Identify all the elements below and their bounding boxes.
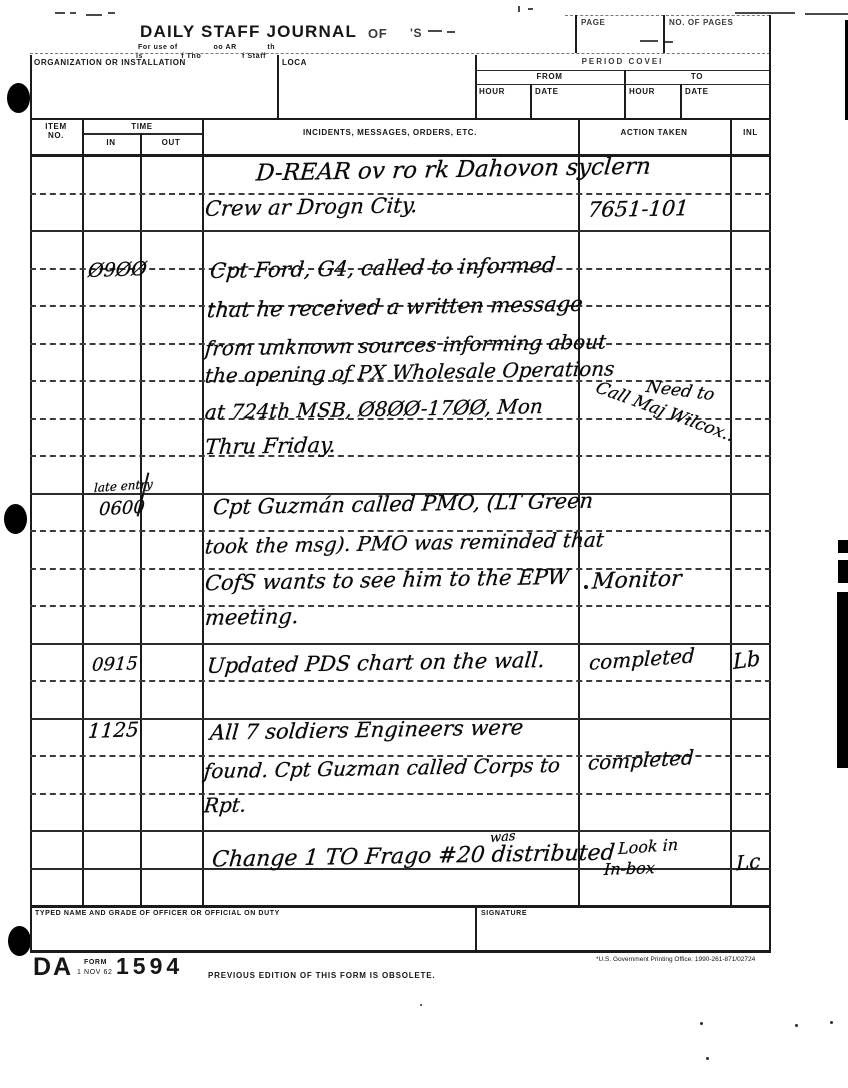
scanned-document-page: DAILY STAFF JOURNAL OF 'S For use of oo … [0,0,848,1088]
handwriting-action: Look in [618,837,679,857]
table-header-item-2: NO. [30,131,82,140]
form-word: FORM [84,959,107,966]
handwriting-line: that he received a written message [206,294,584,322]
handwriting-line: Rpt. [203,795,247,816]
form-title-remnant-of: OF [368,26,387,41]
handwriting-line: CofS wants to see him to the EPW [204,567,570,594]
signature-label: SIGNATURE [481,910,527,917]
handwriting-action: In-box [603,860,655,878]
grid-line [30,455,771,457]
handwriting-line: All 7 soldiers Engineers were [209,717,524,744]
typed-name-label: TYPED NAME AND GRADE OF OFFICER OR OFFIC… [35,910,280,917]
period-covered-label: PERIOD COVEI [475,57,770,66]
scan-mark [700,1022,703,1025]
handwriting-time: 1125 [87,719,139,741]
handwriting-line: Crew ar Drogn City. [204,195,418,220]
pages-count-label: NO. OF PAGES [669,18,733,27]
date-label-to: DATE [685,87,709,96]
scan-mark [706,1057,709,1060]
form-title: DAILY STAFF JOURNAL [140,22,357,42]
handwriting-line: took the msg). PMO was reminded that [204,530,605,557]
form-number: 1594 [116,953,183,980]
grid-line [30,680,771,682]
to-label: TO [624,72,770,81]
scan-mark [735,12,795,14]
hole-punch [7,83,30,113]
handwriting-line: D-REAR ov ro rk Dahovon syclern [255,156,652,186]
handwriting-action: 7651-101 [587,198,689,221]
scan-mark [86,14,102,16]
handwriting-initials: Lc [736,851,760,874]
pen-stroke [584,585,588,589]
handwriting-initials: Lb [733,648,761,673]
handwriting-line: Thru Friday. [204,435,337,458]
grid-line [30,830,771,832]
scan-mark [108,12,115,14]
page-label: PAGE [581,18,605,27]
handwriting-line: Cpt Guzmán called PMO, (LT Green [212,491,594,519]
grid-line [30,643,771,645]
scan-mark [795,1024,798,1027]
scan-mark [830,1021,833,1024]
handwriting-time: 0915 [91,655,138,675]
scan-mark [518,6,520,12]
page-edge-artifact [837,592,848,768]
form-da: DA [33,953,73,982]
scan-mark [420,1004,422,1006]
location-label: LOCA [282,58,307,67]
scan-mark [528,8,533,10]
grid-line [30,793,771,795]
form-subtitle-line1: For use of oo AR th [138,44,275,51]
scan-mark [640,40,658,42]
hole-punch [4,504,27,534]
date-label-from: DATE [535,87,559,96]
from-label: FROM [475,72,624,81]
handwriting-action: completed [588,747,695,773]
table-header-inl: INL [730,128,771,137]
printing-office-note: *U.S. Government Printing Office: 1990-2… [596,956,755,963]
previous-edition-note: PREVIOUS EDITION OF THIS FORM IS OBSOLET… [208,971,435,980]
handwriting-line: Updated PDS chart on the wall. [206,650,545,677]
form-date: 1 NOV 62 [77,969,113,976]
table-header-time: TIME [82,122,202,131]
hour-label-from: HOUR [479,87,505,96]
organization-label: ORGANIZATION OR INSTALLATION [34,58,186,67]
page-edge-artifact [838,560,848,583]
page-edge-artifact [838,540,848,553]
table-header-incidents: INCIDENTS, MESSAGES, ORDERS, ETC. [202,128,578,137]
table-header-action: ACTION TAKEN [578,128,730,137]
handwriting-line: meeting. [204,606,299,629]
scan-mark [55,12,65,14]
form-title-remnant-s: 'S [410,26,422,40]
grid-line [30,605,771,607]
hour-label-to: HOUR [629,87,655,96]
scan-mark [447,31,455,33]
table-header-out: OUT [140,138,202,147]
handwriting-action: completed [589,645,695,672]
handwriting-line: at 724th MSB, Ø8ØØ-17ØØ, Mon [204,396,544,422]
handwriting-line: found. Cpt Guzman called Corps to [203,755,561,781]
table-header-item-1: ITEM [30,122,82,131]
handwriting-line: from unknown sources informing about [204,331,607,358]
handwriting-action: Monitor [591,568,682,593]
handwriting-line: Cpt Ford, G4, called to informed [209,255,556,282]
scan-mark [70,12,76,14]
table-header-in: IN [82,138,140,147]
hole-punch [8,926,31,956]
handwriting-time: Ø9ØØ [87,260,147,281]
grid-line [30,230,771,232]
scan-mark [805,13,848,15]
scan-mark [428,30,442,32]
